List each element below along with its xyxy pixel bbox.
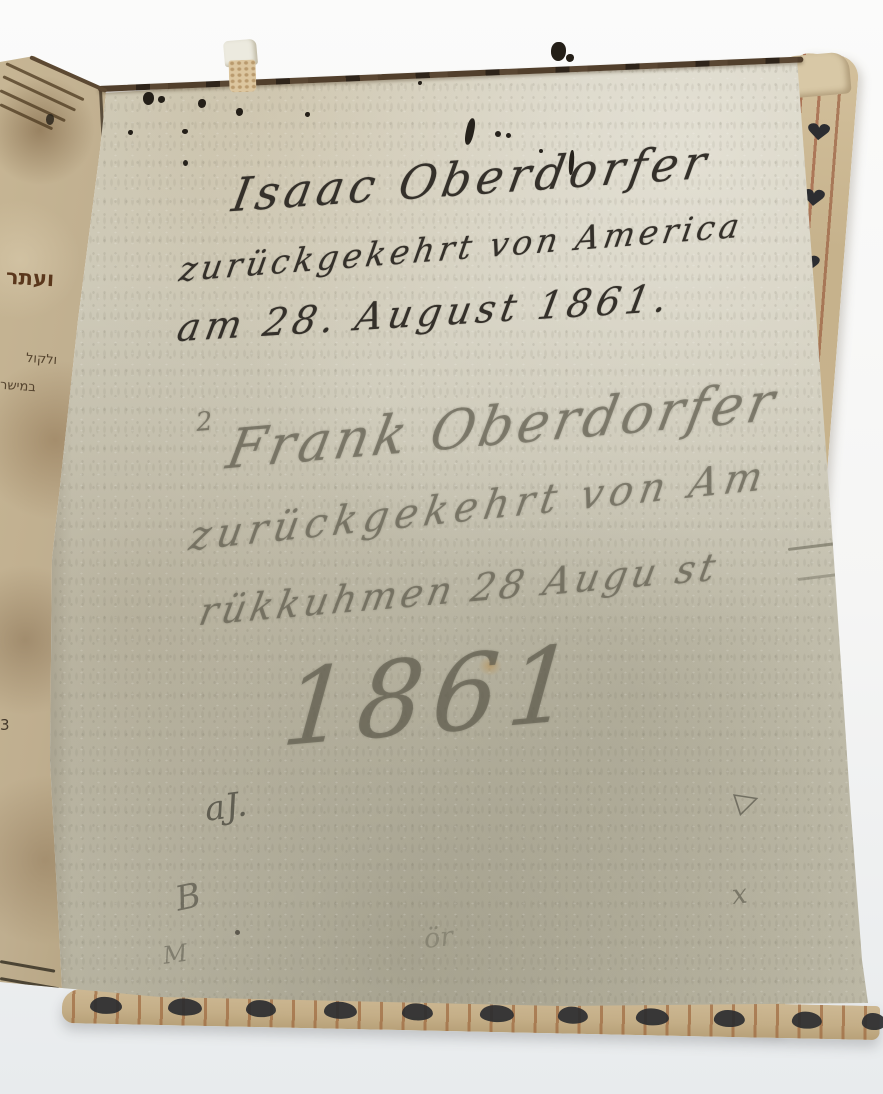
edge-ornament-blob [90,997,122,1015]
photo-of-open-book: ♥ ♥ ♥ ♥ ♥ ♥ ♥ ♥ ♥ ♥ ♥ ♥ ♥ ♥ ועתר ולקו [0,0,883,1094]
pencil-mark-or: ör [422,921,454,955]
edge-ornament-blob [168,998,202,1016]
flyleaf-page: Isaac Oberdorfer zurückgekehrt von Ameri… [0,0,883,1094]
pencil-mark-letter-m: M [161,939,189,970]
edge-ornament-blob [792,1011,822,1029]
edge-ornament-blob [324,1001,357,1019]
edge-ornament-blob [636,1008,669,1026]
edge-ornament-blob [480,1005,514,1023]
pencil-mark-cross: x [730,878,748,910]
edge-ornament-blob [246,1000,276,1018]
ink-blot [495,131,501,137]
paper-tab-base [228,60,256,93]
foxing-spot [551,42,566,61]
stain-spot [46,114,54,125]
pencil-mark-numeral-2: 2 [195,407,214,438]
left-page-rule-line [0,960,55,973]
hebrew-word: ועתר [5,265,54,291]
heart-ornament: ♥ [800,120,837,145]
pencil-dot [235,930,240,935]
left-page-numeral: 3 [0,716,10,734]
edge-ornament-blob [558,1006,588,1024]
ink-blot [506,133,511,138]
edge-ornament-blob [714,1010,745,1028]
left-page-rule-line [0,977,59,990]
foxing-spot [566,54,574,62]
edge-ornament-blob [402,1003,433,1021]
ink-blot [183,160,188,166]
hebrew-word: במישר [0,378,36,395]
edge-ornament-blob [862,1013,883,1030]
hebrew-word: ולקול [26,351,58,368]
pencil-mark-initials: aJ. [202,784,249,829]
